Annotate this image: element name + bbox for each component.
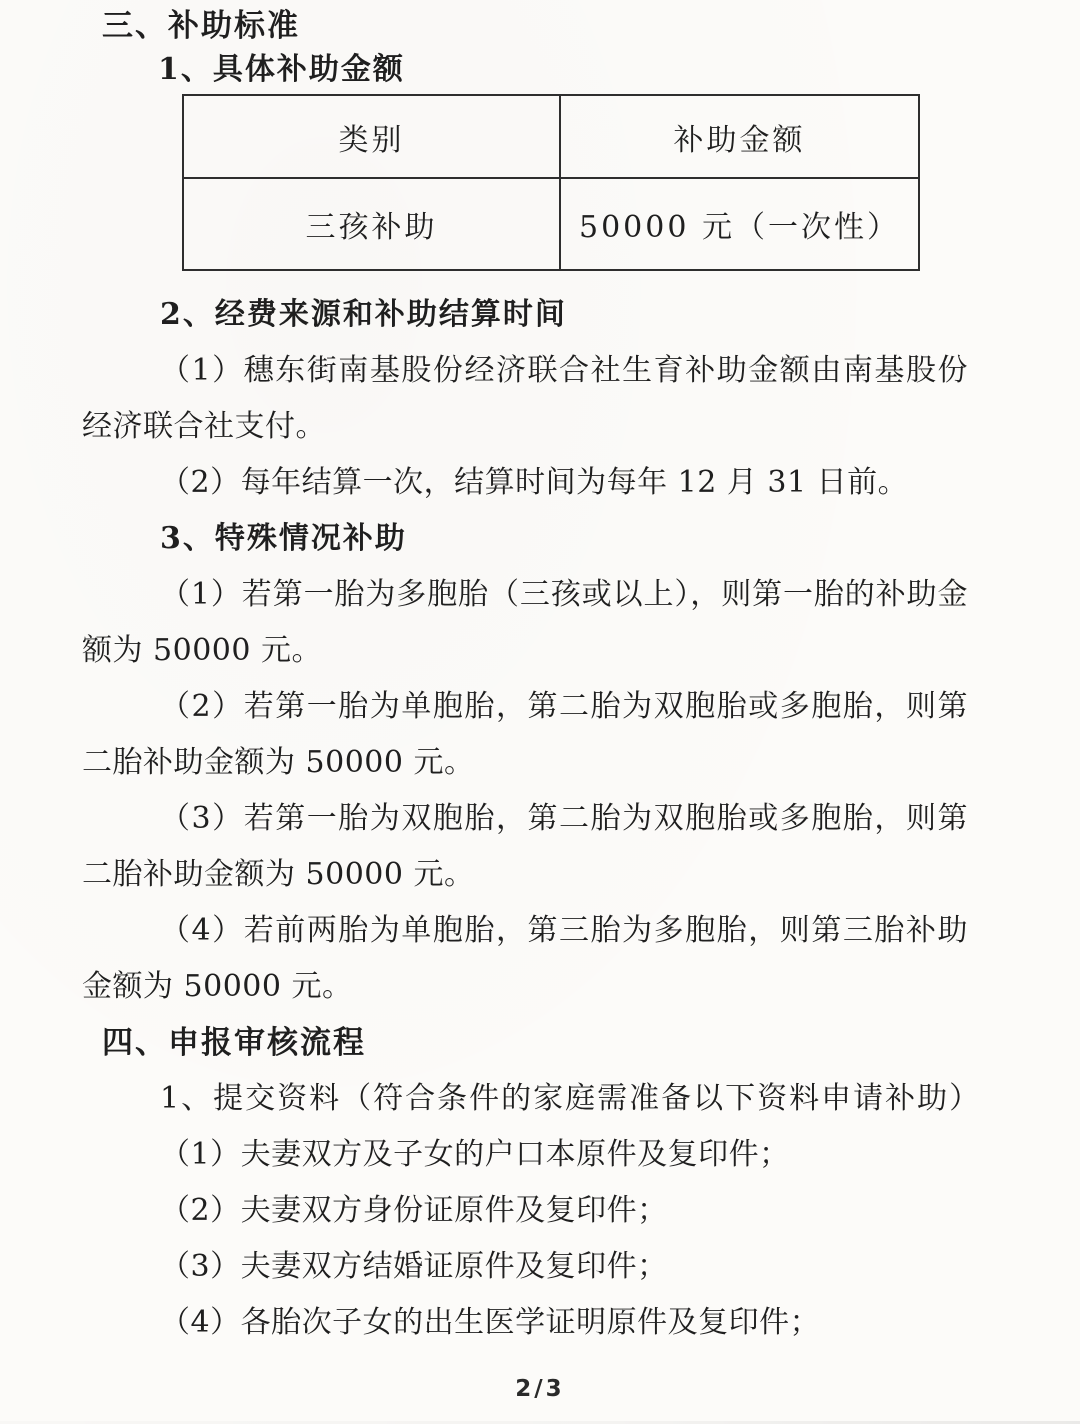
table-header-row: 类别 补助金额: [183, 95, 919, 178]
subsection-special-cases-heading: 3、特殊情况补助: [82, 511, 968, 567]
subsection-specific-amount-heading: 1、具体补助金额: [82, 48, 968, 92]
table-header-category: 类别: [183, 95, 560, 178]
page-number: 2/3: [0, 1376, 1080, 1402]
para-material-2: （2）夫妻双方身份证原件及复印件；: [82, 1183, 968, 1239]
para-special-case-3: （3）若第一胎为双胞胎，第二胎为双胞胎或多胞胎，则第二胎补助金额为 50000 …: [82, 791, 968, 903]
section-3-heading: 三、补助标准: [82, 4, 968, 48]
para-special-case-2: （2）若第一胎为单胞胎，第二胎为双胞胎或多胞胎，则第二胎补助金额为 50000 …: [82, 679, 968, 791]
para-funding-source: （1）穗东街南基股份经济联合社生育补助金额由南基股份经济联合社支付。: [82, 343, 968, 455]
para-special-case-4: （4）若前两胎为单胞胎，第三胎为多胞胎，则第三胎补助金额为 50000 元。: [82, 903, 968, 1015]
document-page: 三、补助标准 1、具体补助金额 类别 补助金额 三孩补助 50000 元（一次性…: [0, 0, 1080, 1424]
subsidy-amount-table: 类别 补助金额 三孩补助 50000 元（一次性）: [182, 94, 920, 271]
table-cell-amount: 50000 元（一次性）: [560, 178, 919, 270]
section-4-heading: 四、申报审核流程: [82, 1015, 968, 1071]
para-special-case-1: （1）若第一胎为多胞胎（三孩或以上），则第一胎的补助金额为 50000 元。: [82, 567, 968, 679]
table-header-amount: 补助金额: [560, 95, 919, 178]
para-material-3: （3）夫妻双方结婚证原件及复印件；: [82, 1239, 968, 1295]
subsection-funding-heading: 2、经费来源和补助结算时间: [82, 287, 968, 343]
subsection-submit-materials-heading: 1、提交资料（符合条件的家庭需准备以下资料申请补助）: [82, 1071, 968, 1127]
document-content: 三、补助标准 1、具体补助金额 类别 补助金额 三孩补助 50000 元（一次性…: [82, 4, 968, 1351]
para-settlement-time: （2）每年结算一次，结算时间为每年 12 月 31 日前。: [82, 455, 968, 511]
para-material-1: （1）夫妻双方及子女的户口本原件及复印件；: [82, 1127, 968, 1183]
table-cell-category: 三孩补助: [183, 178, 560, 270]
para-material-4: （4）各胎次子女的出生医学证明原件及复印件；: [82, 1295, 968, 1351]
table-row: 三孩补助 50000 元（一次性）: [183, 178, 919, 270]
